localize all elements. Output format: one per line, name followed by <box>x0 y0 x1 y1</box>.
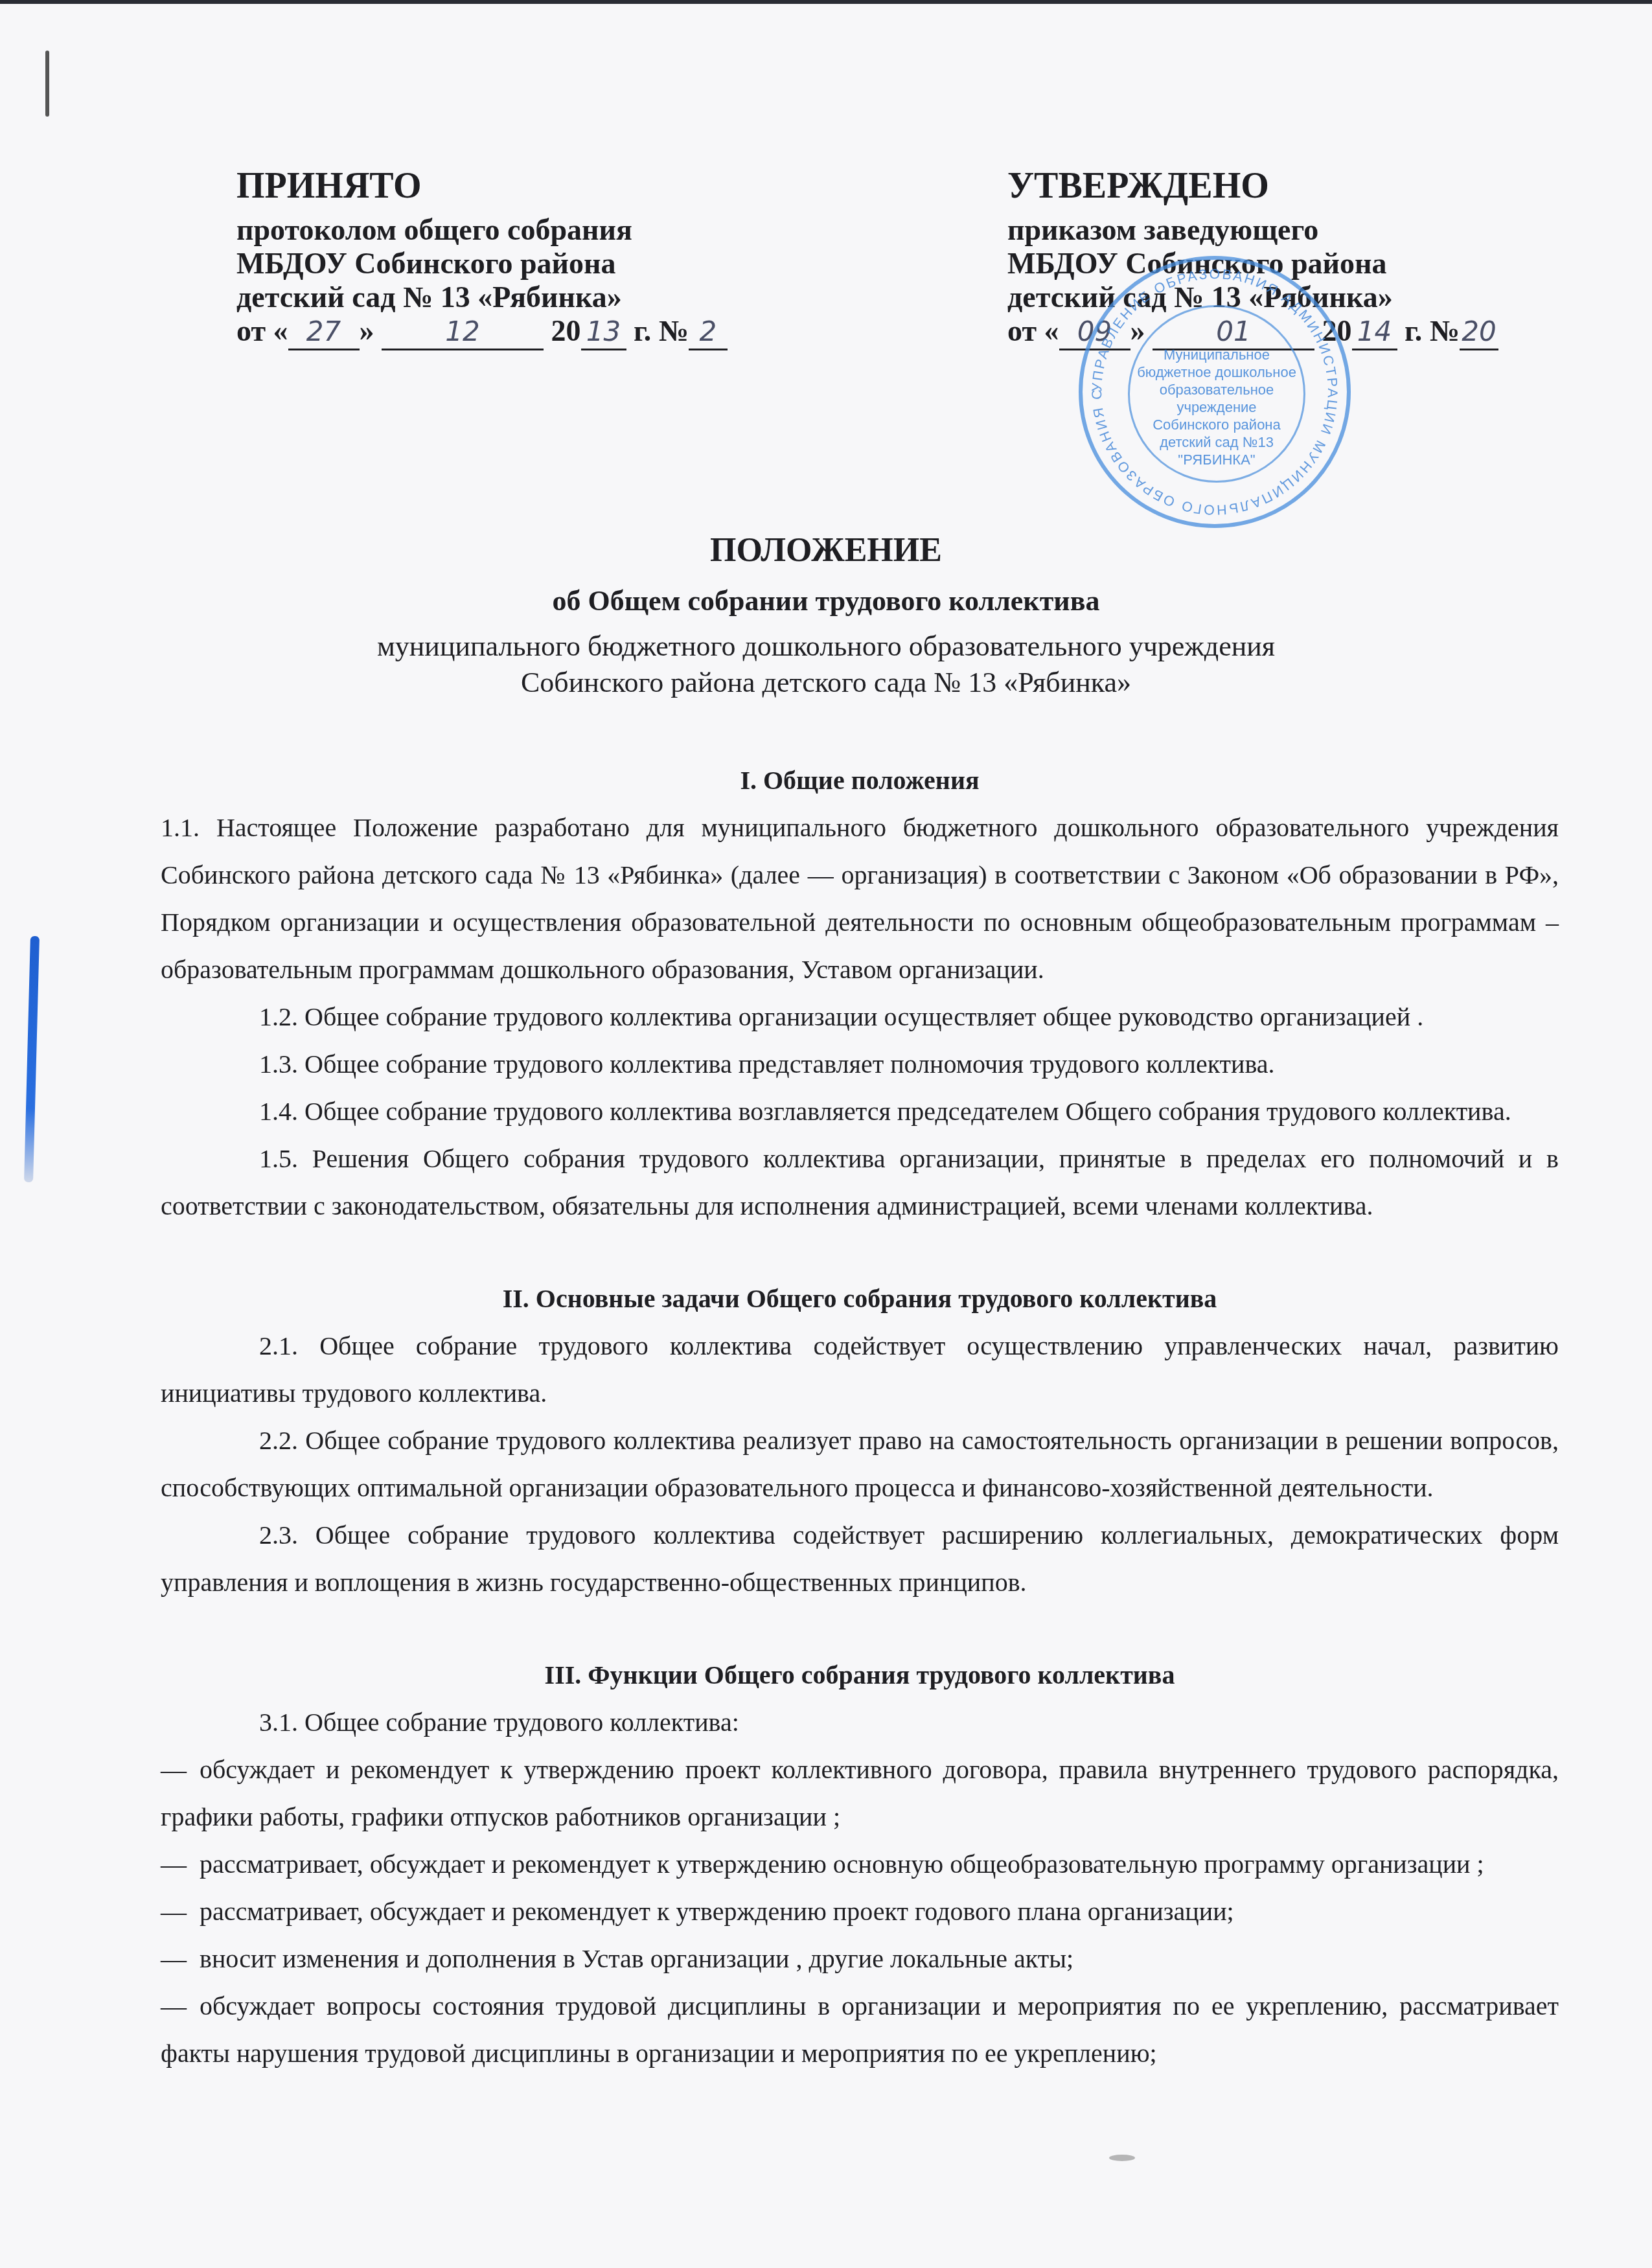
accepted-line-1: протоколом общего собрания <box>236 213 728 247</box>
stamp-line: детский сад №13 <box>1130 433 1303 451</box>
paragraph-1-2: 1.2. Общее собрание трудового коллектива… <box>161 993 1559 1040</box>
section-title-functions: III. Функции Общего собрания трудового к… <box>161 1651 1559 1699</box>
paragraph-1-4: 1.4. Общее собрание трудового коллектива… <box>161 1088 1559 1135</box>
function-text: обсуждает вопросы состояния трудовой дис… <box>161 1991 1559 2068</box>
dash-icon: — <box>161 1840 200 1888</box>
dash-icon: — <box>161 1888 200 1935</box>
paragraph-2-2: 2.2. Общее собрание трудового коллектива… <box>161 1417 1559 1511</box>
year-prefix: 20 <box>551 314 581 347</box>
paragraph-1-3: 1.3. Общее собрание трудового коллектива… <box>161 1040 1559 1088</box>
stamp-inner-circle: Муниципальное бюджетное дошкольное образ… <box>1128 305 1305 483</box>
paragraph-1-1: 1.1. Настоящее Положение разработано для… <box>161 804 1559 993</box>
document-org-name: муниципального бюджетного дошкольного об… <box>0 628 1652 701</box>
paragraph-2-1: 2.1. Общее собрание трудового коллектива… <box>161 1322 1559 1417</box>
accepted-title: ПРИНЯТО <box>236 165 728 207</box>
org-line-1: муниципального бюджетного дошкольного об… <box>0 628 1652 665</box>
function-text: рассматривает, обсуждает и рекомендует к… <box>200 1897 1234 1926</box>
accepted-line-2: МБДОУ Собинского района <box>236 247 728 281</box>
section-title-general: I. Общие положения <box>161 757 1559 804</box>
handwritten-number: 2 <box>689 315 728 350</box>
paragraph-3-1: 3.1. Общее собрание трудового коллектива… <box>161 1699 1559 1746</box>
date-prefix: от « <box>236 314 288 347</box>
accepted-block: ПРИНЯТО протоколом общего собрания МБДОУ… <box>236 165 728 350</box>
stamp-line: образовательное учреждение <box>1130 381 1303 416</box>
handwritten-day: 27 <box>288 315 360 350</box>
function-text: вносит изменения и дополнения в Устав ор… <box>200 1944 1073 1973</box>
number-label: г. № <box>626 314 689 347</box>
dash-icon: — <box>161 1935 200 1982</box>
official-stamp: УПРАВЛЕНИЕ ОБРАЗОВАНИЯ АДМИНИСТРАЦИИ МУН… <box>1079 256 1351 528</box>
approved-title: УТВЕРЖДЕНО <box>1007 165 1498 207</box>
function-item: —обсуждает вопросы состояния трудовой ди… <box>161 1982 1559 2077</box>
ink-smudge <box>1109 2155 1135 2161</box>
accepted-line-3: детский сад № 13 «Рябинка» <box>236 281 728 314</box>
handwritten-year: 13 <box>581 315 626 350</box>
document-title: ПОЛОЖЕНИЕ <box>0 531 1652 569</box>
paragraph-2-3: 2.3. Общее собрание трудового коллектива… <box>161 1511 1559 1606</box>
stamp-center-text: Муниципальное бюджетное дошкольное образ… <box>1130 346 1303 468</box>
handwritten-month: 12 <box>382 315 544 350</box>
date-quote: » <box>360 314 374 347</box>
function-item: —вносит изменения и дополнения в Устав о… <box>161 1935 1559 1982</box>
approved-line-1: приказом заведующего <box>1007 213 1498 247</box>
function-text: рассматривает, обсуждает и рекомендует к… <box>200 1850 1484 1879</box>
stamp-line: Собинского района <box>1130 416 1303 433</box>
paragraph-1-5: 1.5. Решения Общего собрания трудового к… <box>161 1135 1559 1230</box>
function-item: —рассматривает, обсуждает и рекомендует … <box>161 1888 1559 1935</box>
function-item: —рассматривает, обсуждает и рекомендует … <box>161 1840 1559 1888</box>
org-line-2: Собинского района детского сада № 13 «Ря… <box>0 665 1652 701</box>
document-body: I. Общие положения 1.1. Настоящее Положе… <box>161 757 1559 2077</box>
stamp-line: Муниципальное <box>1130 346 1303 363</box>
handwritten-number: 20 <box>1460 315 1498 350</box>
section-title-tasks: II. Основные задачи Общего собрания труд… <box>161 1275 1559 1322</box>
date-prefix: от « <box>1007 314 1059 347</box>
function-item: —обсуждает и рекомендует к утверждению п… <box>161 1746 1559 1840</box>
document-subtitle: об Общем собрании трудового коллектива <box>0 584 1652 617</box>
staple-mark <box>45 51 49 117</box>
binding-thread <box>24 936 40 1182</box>
handwritten-year: 14 <box>1352 315 1397 350</box>
stamp-line: "РЯБИНКА" <box>1130 451 1303 468</box>
dash-icon: — <box>161 1746 200 1793</box>
number-label: г. № <box>1397 314 1460 347</box>
scan-top-edge <box>0 0 1652 4</box>
accepted-date-line: от «27» 12 2013 г. №2 <box>236 314 728 350</box>
dash-icon: — <box>161 1982 200 2030</box>
function-text: обсуждает и рекомендует к утверждению пр… <box>161 1755 1559 1831</box>
stamp-line: бюджетное дошкольное <box>1130 363 1303 381</box>
